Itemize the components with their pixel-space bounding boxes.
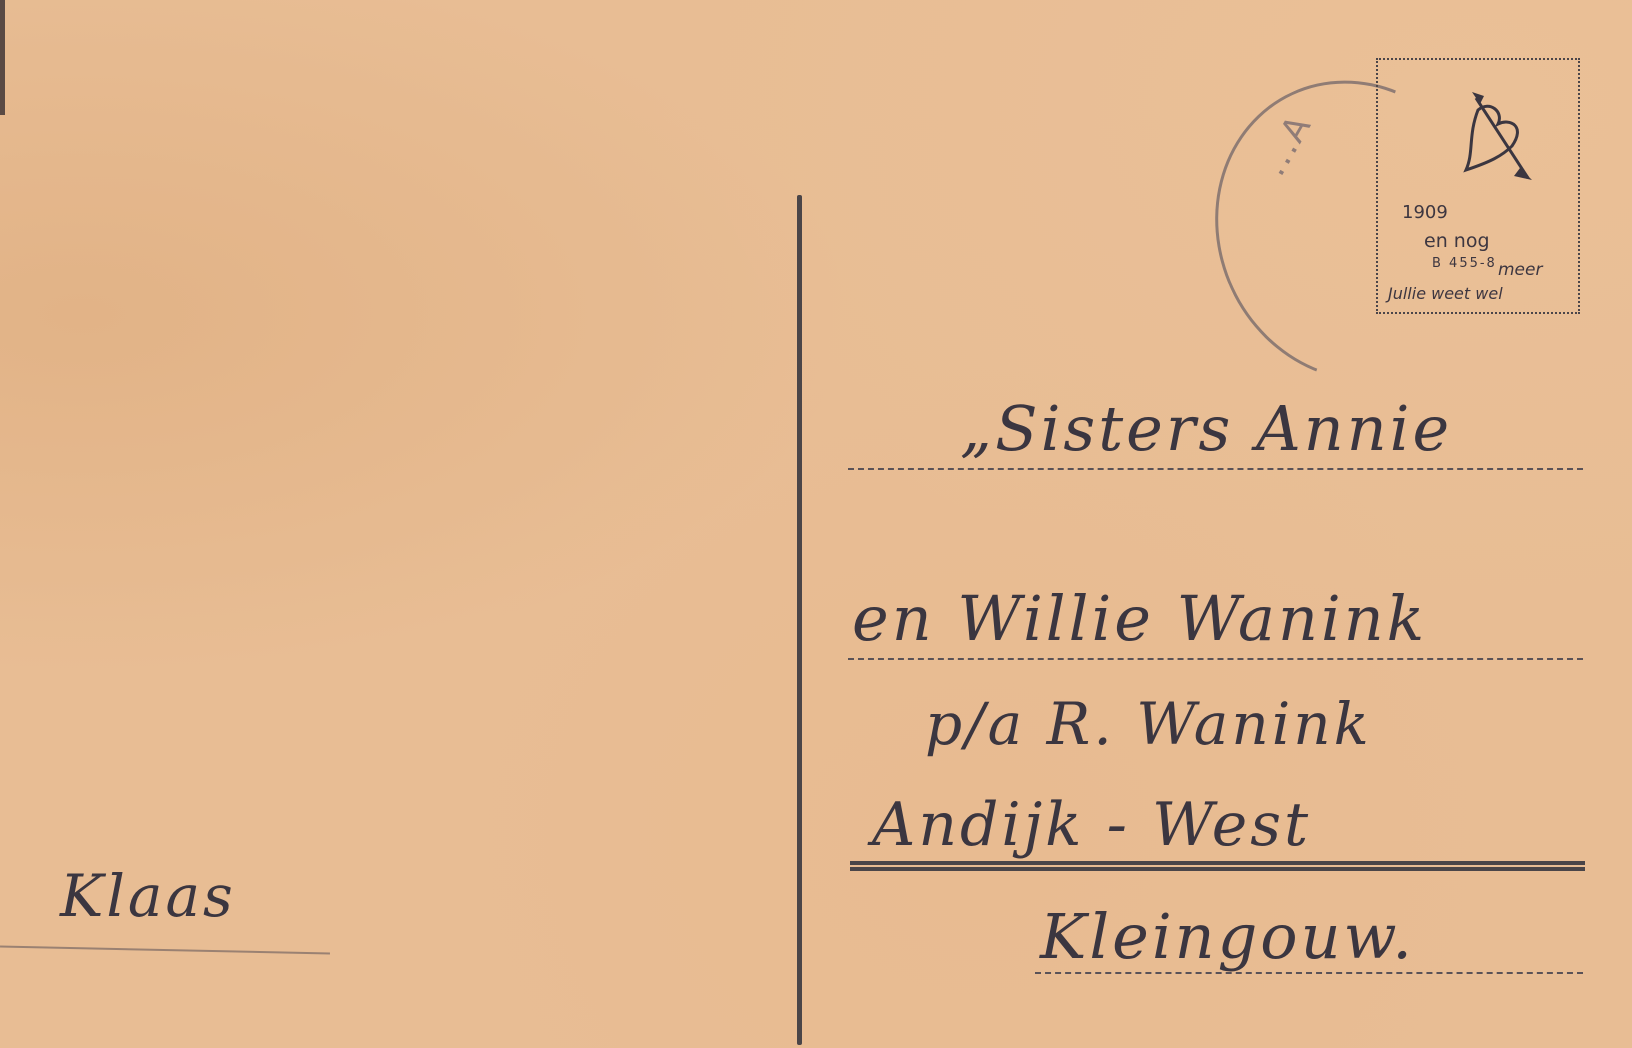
address-line-care-of: p/a R. Wanink [925, 690, 1372, 758]
card-edge-shadow [0, 0, 5, 115]
address-line-recipient: „Sisters Annie [960, 392, 1452, 465]
signature-underline [0, 946, 330, 955]
stamp-note-line: meer [1498, 260, 1542, 280]
signature: Klaas [60, 862, 236, 930]
stamp-note-code: B 455-8 [1432, 256, 1497, 271]
heart-with-arrow-icon [1450, 90, 1540, 180]
postcard-back: ...A 1909 en nog B 455-8 meer Jullie wee… [0, 0, 1632, 1048]
stamp-note-line: en nog [1424, 230, 1490, 252]
address-line-locality: Kleingouw. [1040, 900, 1415, 973]
stamp-box: 1909 en nog B 455-8 meer Jullie weet wel [1376, 58, 1580, 314]
address-line-town: Andijk - West [872, 790, 1311, 860]
address-double-underline [850, 861, 1585, 871]
address-dotted-line [848, 658, 1583, 660]
address-line-recipient-2: en Willie Wanink [852, 582, 1427, 655]
stamp-note-line: Jullie weet wel [1388, 284, 1503, 303]
stamp-note-year: 1909 [1402, 202, 1448, 223]
address-dotted-line [848, 468, 1583, 470]
center-divider [797, 195, 802, 1045]
